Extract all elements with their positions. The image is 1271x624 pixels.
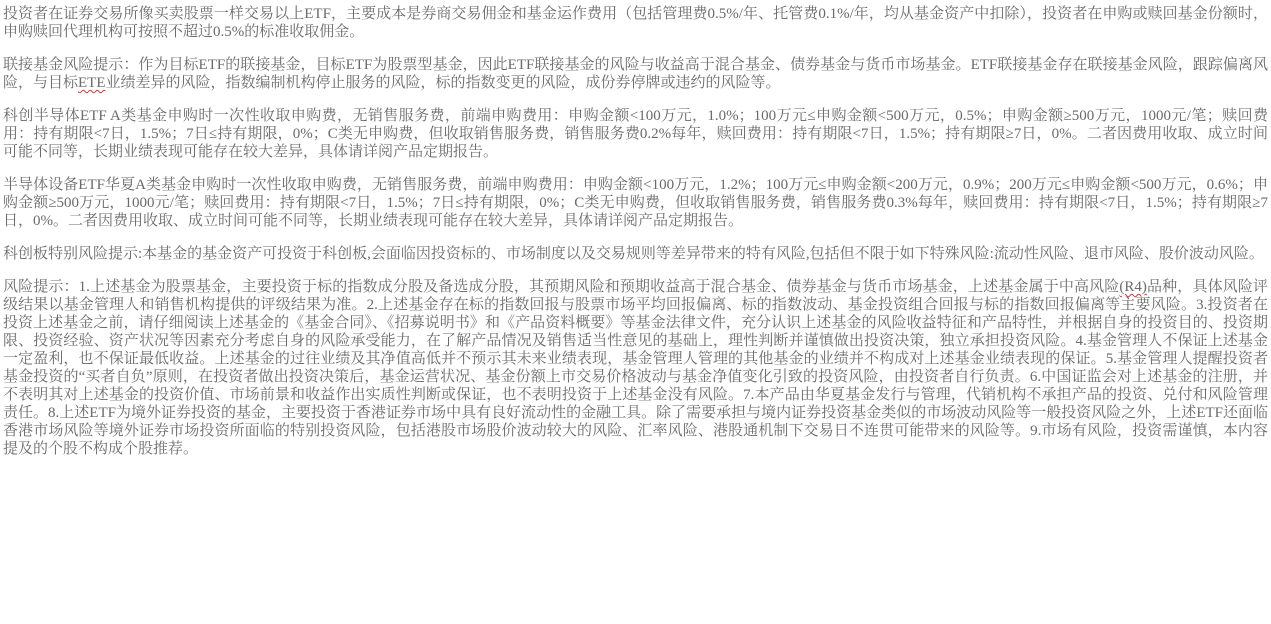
text-run: 风险提示：1.上述基金为股票基金，主要投资于标的指数成分股及备选成分股，其预期风… <box>3 279 1119 295</box>
paragraph-etf-trading-cost-note: 投资者在证券交易所像买卖股票一样交易以上ETF，主要成本是券商交易佣金和基金运作… <box>3 5 1268 41</box>
text-run: 科创半导体ETF A类基金申购时一次性收取申购费，无销售服务费，前端申购费用：申… <box>3 108 1268 160</box>
text-run: 科创板特别风险提示:本基金的基金资产可投资于科创板,会面临因投资标的、市场制度以… <box>3 246 1264 262</box>
text-run: 半导体设备ETF华夏A类基金申购时一次性收取申购费，无销售服务费，前端申购费用：… <box>3 177 1268 229</box>
paragraph-semiconductor-equipment-etf-fee-note: 半导体设备ETF华夏A类基金申购时一次性收取申购费，无销售服务费，前端申购费用：… <box>3 176 1268 230</box>
paragraph-star-market-special-risk-note: 科创板特别风险提示:本基金的基金资产可投资于科创板,会面临因投资标的、市场制度以… <box>3 245 1268 263</box>
text-run: 品种，具体风险评级结果以基金管理人和销售机构提供的评级结果为准。2.上述基金存在… <box>3 279 1268 457</box>
spellcheck-flagged-text: ETE <box>78 75 106 91</box>
text-run: 投资者在证券交易所像买卖股票一样交易以上ETF，主要成本是券商交易佣金和基金运作… <box>3 6 1268 40</box>
document-page: 投资者在证券交易所像买卖股票一样交易以上ETF，主要成本是券商交易佣金和基金运作… <box>0 0 1271 624</box>
text-run: 业绩差异的风险，指数编制机构停止服务的风险，标的指数变更的风险，成份券停牌或违约… <box>106 75 781 91</box>
document-body: 投资者在证券交易所像买卖股票一样交易以上ETF，主要成本是券商交易佣金和基金运作… <box>3 5 1268 458</box>
paragraph-general-risk-warning: 风险提示：1.上述基金为股票基金，主要投资于标的指数成分股及备选成分股，其预期风… <box>3 278 1268 458</box>
paragraph-feeder-fund-risk-note: 联接基金风险提示：作为目标ETF的联接基金，目标ETF为股票型基金，因此ETF联… <box>3 56 1268 92</box>
spellcheck-flagged-text: (R4) <box>1119 279 1147 295</box>
paragraph-kechuang-semiconductor-etf-fee-note: 科创半导体ETF A类基金申购时一次性收取申购费，无销售服务费，前端申购费用：申… <box>3 107 1268 161</box>
